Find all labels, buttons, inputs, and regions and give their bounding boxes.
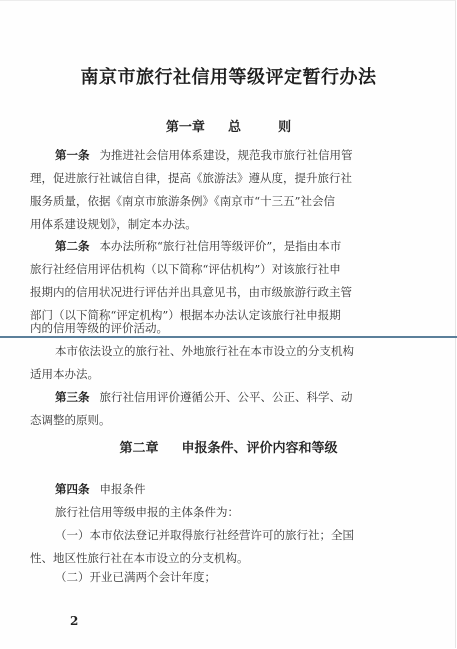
article-4-heading: 申报条件 bbox=[100, 482, 146, 496]
chapter-1-name-b: 则 bbox=[278, 120, 291, 135]
article-4-item-2-line-1: （二）开业已满两个会计年度； bbox=[55, 569, 216, 585]
chapter-2-heading: 第二章 申报条件、评价内容和等级 bbox=[0, 437, 457, 456]
chapter-1-label: 第一章 bbox=[166, 120, 205, 135]
chapter-2-label: 第二章 bbox=[119, 441, 158, 456]
chapter-1-name-a: 总 bbox=[228, 120, 241, 135]
document-page: 南京市旅行社信用等级评定暂行办法 第一章 总 则 第一条为推进社会信用体系建设，… bbox=[0, 0, 456, 648]
article-2-scope-line-2: 适用本办法。 bbox=[30, 366, 99, 382]
article-3-label: 第三条 bbox=[55, 390, 90, 404]
article-1-line-4: 用体系建设规划》，制定本办法。 bbox=[30, 216, 197, 232]
document-title: 南京市旅行社信用等级评定暂行办法 bbox=[0, 63, 457, 89]
article-4-item-1-line-2: 性、地区性旅行社在本市设立的分支机构。 bbox=[30, 550, 249, 566]
article-2-scope-line-1: 本市依法设立的旅行社、外地旅行社在本市设立的分支机构 bbox=[55, 343, 354, 359]
chapter-2-name: 申报条件、评价内容和等级 bbox=[182, 441, 338, 456]
article-2-label: 第二条 bbox=[55, 239, 90, 253]
article-4-intro: 旅行社信用等级申报的主体条件为： bbox=[55, 504, 239, 520]
article-2-line-2: 旅行社经信用评估机构（以下简称“评估机构”）对该旅行社申 bbox=[30, 261, 341, 277]
article-3-line-2: 态调整的原则。 bbox=[30, 412, 111, 428]
article-1-line-1: 第一条为推进社会信用体系建设，规范我市旅行社信用管 bbox=[55, 147, 353, 163]
article-1-line-3: 服务质量，依据《南京市旅游条例》《南京市“十三五”社会信 bbox=[30, 193, 335, 209]
article-2-line-5: 内的信用等级的评价活动。 bbox=[30, 320, 168, 336]
article-2-line-1: 第二条本办法所称“旅行社信用等级评价”，是指由本市 bbox=[55, 238, 341, 254]
article-1-line-2: 理，促进旅行社诚信自律，提高《旅游法》遵从度，提升旅行社 bbox=[30, 170, 352, 186]
article-4-item-1-line-1: （一）本市依法登记并取得旅行社经营许可的旅行社；全国 bbox=[55, 527, 354, 543]
page-number: 2 bbox=[70, 614, 78, 628]
article-3-line-1: 第三条旅行社信用评价遵循公开、公平、公正、科学、动 bbox=[55, 389, 353, 405]
article-2-line-3: 报期内的信用状况进行评估并出具意见书，由市级旅游行政主管 bbox=[30, 284, 352, 300]
chapter-1-heading: 第一章 总 则 bbox=[0, 116, 457, 135]
article-1-label: 第一条 bbox=[55, 148, 90, 162]
article-4-label: 第四条 bbox=[55, 482, 90, 496]
article-4-line-1: 第四条申报条件 bbox=[55, 481, 146, 497]
scan-divider-line bbox=[0, 336, 457, 338]
